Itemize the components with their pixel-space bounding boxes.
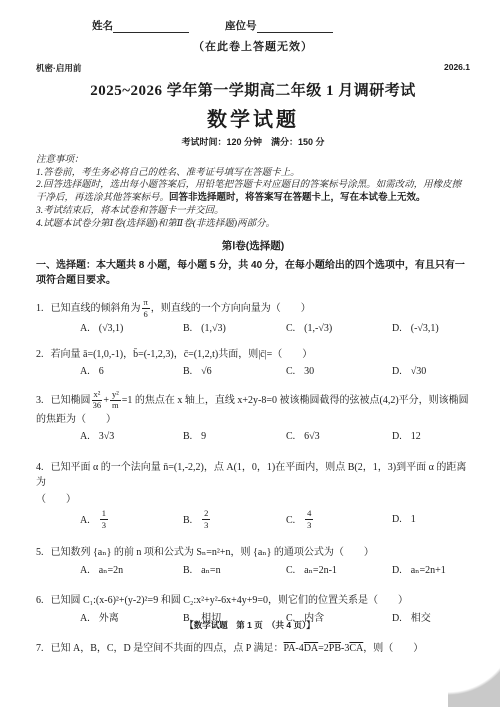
option-d: D.12 (392, 429, 470, 445)
question-3-stem: 3.已知椭圆x²36+y²m=1 的焦点在 x 轴上，直线 x+2y-8=0 被… (36, 390, 470, 411)
question-2: 2.若向量 ā=(1,0,-1)，b̄=(-1,2,3)，c̄=(1,2,t)… (36, 347, 470, 380)
option-d: D.(-√3,1) (392, 321, 470, 337)
question-5-text: 已知数列 {aₙ} 的前 n 项和公式为 Sₙ=n²+n，则 {aₙ} 的通项公… (51, 547, 374, 558)
option-d: D.√30 (392, 364, 470, 380)
subject-title: 数学试题 (36, 103, 470, 132)
secret-label: 机密·启用前 (36, 62, 81, 74)
option-c: C.43 (286, 509, 392, 530)
question-5-options: A.aₙ=2n B.aₙ=n C.aₙ=2n-1 D.aₙ=2n+1 (36, 563, 470, 579)
question-7-stem: 7.已知 A，B，C，D 是空间不共面的四点，点 P 满足：PA-4DA=2PB… (36, 641, 470, 657)
question-3-text-pre: 已知椭圆 (51, 395, 91, 406)
question-7-text-post: ，则（ ） (363, 643, 423, 654)
fraction-pi-over-6: π6 (142, 298, 150, 319)
question-3-text-post: =1 的焦点在 x 轴上，直线 x+2y-8=0 被该椭圆截得的弦被点(4,2)… (122, 395, 469, 406)
question-1-text-pre: 已知直线的倾斜角为 (51, 303, 141, 314)
section-1-title: 第Ⅰ卷(选择题) (36, 238, 470, 253)
fraction-4-over-3: 43 (305, 509, 313, 530)
seat-underline (257, 21, 333, 33)
exam-title: 2025~2026 学年第一学期高二年级 1 月调研考试 (36, 79, 470, 100)
option-a: A.aₙ=2n (80, 563, 183, 579)
option-b: B.(1,√3) (183, 321, 286, 337)
note-2-bold: 回答非选择题时，将答案写在答题卡上，写在本试卷上无效。 (169, 192, 426, 203)
question-5-stem: 5.已知数列 {aₙ} 的前 n 项和公式为 Sₙ=n²+n，则 {aₙ} 的通… (36, 545, 470, 561)
fraction-x2-over-36: x²36 (92, 390, 103, 411)
question-1-number: 1. (36, 303, 44, 314)
question-2-stem: 2.若向量 ā=(1,0,-1)，b̄=(-1,2,3)，c̄=(1,2,t)… (36, 347, 470, 363)
question-2-options: A.6 B.√6 C.30 D.√30 (36, 364, 470, 380)
seat-label: 座位号 (225, 18, 257, 33)
scan-corner-artifact (448, 625, 500, 707)
note-1: 1.答卷前，考生务必将自己的姓名、准考证号填写在答题卡上。 (36, 167, 470, 180)
option-d: D.aₙ=2n+1 (392, 563, 470, 579)
question-1-stem: 1.已知直线的倾斜角为π6，则直线的一个方向向量为（ ） (36, 298, 470, 319)
question-3-line2: 的焦距为（ ） (36, 412, 470, 428)
question-1-text-post: ，则直线的一个方向向量为（ ） (151, 303, 311, 314)
vector-PB: PB (329, 643, 341, 654)
plus-sign: + (103, 395, 109, 406)
question-2-text: 若向量 ā=(1,0,-1)，b̄=(-1,2,3)，c̄=(1,2,t)共面… (51, 349, 313, 360)
question-7: 7.已知 A，B，C，D 是空间不共面的四点，点 P 满足：PA-4DA=2PB… (36, 641, 470, 657)
vector-CA: CA (349, 643, 363, 654)
option-a: A.6 (80, 364, 183, 380)
vector-DA: DA (304, 643, 318, 654)
fraction-2-over-3: 23 (202, 509, 210, 530)
option-b: B.23 (183, 509, 286, 530)
vector-PA: PA (283, 643, 295, 654)
question-5: 5.已知数列 {aₙ} 的前 n 项和公式为 Sₙ=n²+n，则 {aₙ} 的通… (36, 545, 470, 578)
option-b: B.9 (183, 429, 286, 445)
exam-page: 姓名 座位号 （在此卷上答题无效） 机密·启用前 2026.1 2025~202… (0, 0, 500, 707)
name-label: 姓名 (92, 18, 113, 33)
question-3-number: 3. (36, 395, 44, 406)
name-seat-row: 姓名 座位号 (92, 20, 470, 33)
question-4-options: A.13 B.23 C.43 D.1 (36, 509, 470, 530)
question-3-options: A.3√3 B.9 C.6√3 D.12 (36, 429, 470, 445)
question-7-text-pre: 已知 A，B，C，D 是空间不共面的四点，点 P 满足： (51, 643, 284, 654)
question-6-stem: 6.已知圆 C₁:(x-6)²+(y-2)²=9 和圆 C₂:x²+y²-6x+… (36, 593, 470, 609)
option-b: B.√6 (183, 364, 286, 380)
operator-1: -4 (295, 643, 303, 654)
option-b: B.aₙ=n (183, 563, 286, 579)
option-a: A.3√3 (80, 429, 183, 445)
notes-heading: 注意事项： (36, 154, 470, 167)
page-footer: 【数学试题 第 1 页 （共 4 页）】 (0, 619, 500, 631)
question-2-number: 2. (36, 349, 44, 360)
question-4: 4.已知平面 α 的一个法向量 n̄=(1,-2,2)，点 A(1，0，1)在平… (36, 460, 470, 530)
notes-section: 注意事项： 1.答卷前，考生务必将自己的姓名、准考证号填写在答题卡上。 2.回答… (36, 154, 470, 230)
question-3: 3.已知椭圆x²36+y²m=1 的焦点在 x 轴上，直线 x+2y-8=0 被… (36, 390, 470, 445)
option-a: A.13 (80, 509, 183, 530)
option-c: C.30 (286, 364, 392, 380)
operator-2: =2 (318, 643, 329, 654)
question-4-stem: 4.已知平面 α 的一个法向量 n̄=(1,-2,2)，点 A(1，0，1)在平… (36, 460, 470, 491)
answer-invalid-note: （在此卷上答题无效） (36, 38, 470, 54)
question-7-number: 7. (36, 643, 44, 654)
note-4: 4.试题本试卷分第Ⅰ卷(选择题)和第Ⅱ卷(非选择题)两部分。 (36, 218, 470, 231)
question-1: 1.已知直线的倾斜角为π6，则直线的一个方向向量为（ ） A.(√3,1) B.… (36, 298, 470, 337)
question-6-text: 已知圆 C₁:(x-6)²+(y-2)²=9 和圆 C₂:x²+y²-6x+4y… (51, 595, 409, 606)
note-3: 3.考试结束后，将本试卷和答题卡一并交回。 (36, 205, 470, 218)
option-d: D.1 (392, 512, 470, 528)
name-underline (113, 21, 189, 33)
question-4-number: 4. (36, 462, 44, 473)
question-1-options: A.(√3,1) B.(1,√3) C.(1,-√3) D.(-√3,1) (36, 321, 470, 337)
question-4-line2: （ ） (36, 492, 470, 508)
option-c: C.aₙ=2n-1 (286, 563, 392, 579)
question-6-number: 6. (36, 595, 44, 606)
exam-date: 2026.1 (444, 62, 470, 74)
note-2: 2.回答选择题时，选出每小题答案后，用铅笔把答题卡对应题目的答案标号涂黑。如需改… (36, 179, 470, 204)
option-c: C.(1,-√3) (286, 321, 392, 337)
option-c: C.6√3 (286, 429, 392, 445)
fraction-1-over-3: 13 (100, 509, 108, 530)
question-4-text: 已知平面 α 的一个法向量 n̄=(1,-2,2)，点 A(1，0，1)在平面内… (36, 462, 466, 489)
option-a: A.(√3,1) (80, 321, 183, 337)
section-1-instruction: 一、选择题：本大题共 8 小题，每小题 5 分，共 40 分，在每小题给出的四个… (36, 258, 470, 288)
question-5-number: 5. (36, 547, 44, 558)
exam-meta: 考试时间：120 分钟 满分：150 分 (36, 135, 470, 148)
classification-row: 机密·启用前 2026.1 (36, 62, 470, 74)
fraction-y2-over-m: y²m (110, 390, 121, 411)
